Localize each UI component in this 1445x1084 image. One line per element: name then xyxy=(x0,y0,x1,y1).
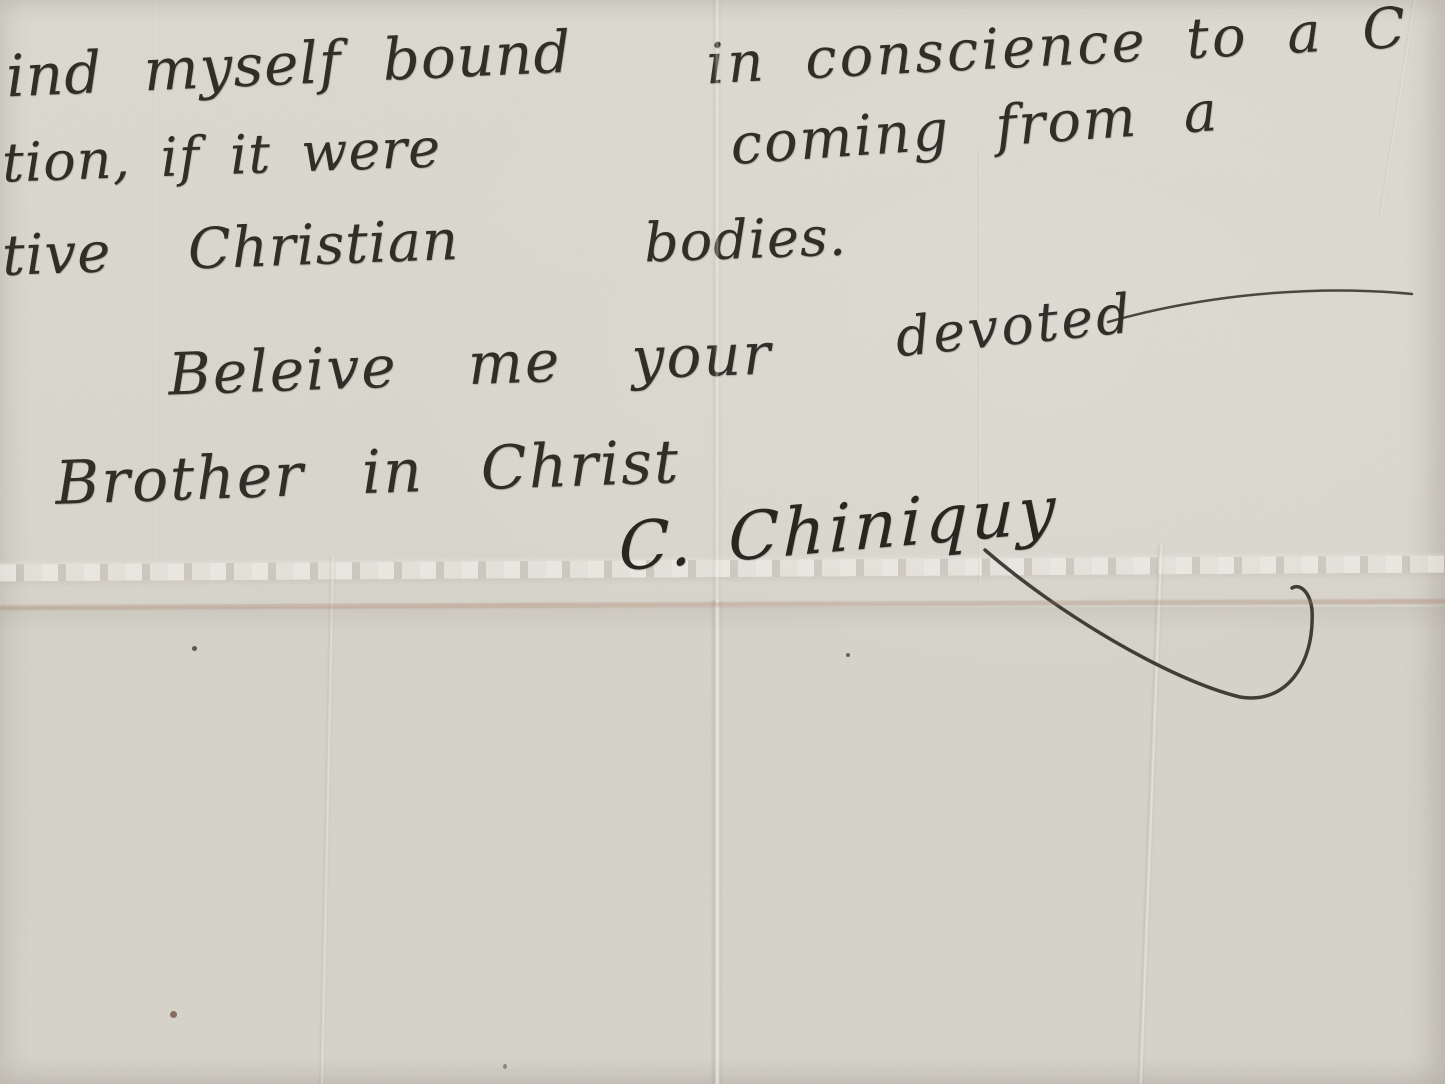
handwriting-line-5: Brother in Christ xyxy=(54,427,681,519)
paper-speck xyxy=(846,653,850,657)
devoted-flourish xyxy=(1108,290,1412,322)
signature-flourish xyxy=(985,550,1312,698)
handwriting-line-4-left: Beleive me your xyxy=(167,319,773,408)
handwriting-line-2-right: coming from a xyxy=(728,79,1221,178)
handwriting-line-1-left: ind myself bound xyxy=(5,18,573,111)
paper-speck xyxy=(170,1011,177,1018)
paper-speck xyxy=(503,1064,507,1069)
lower-right-vertical-crease xyxy=(1136,545,1166,1084)
handwriting-line-4-right: devoted xyxy=(892,282,1136,370)
handwriting-line-2-left: tion, if it were xyxy=(1,116,442,194)
horizontal-fold-line xyxy=(0,599,1445,610)
letter-photo: ind myself bound in conscience to a C ti… xyxy=(0,0,1445,1084)
horizontal-fold-shadow xyxy=(0,607,1445,633)
handwriting-line-3-left: tive Christian xyxy=(1,208,460,289)
paper-speck xyxy=(192,646,197,651)
handwriting-line-3-right: bodies. xyxy=(643,204,848,274)
lower-left-vertical-crease xyxy=(317,556,336,1084)
handwriting-line-1-right: in conscience to a C xyxy=(705,0,1410,97)
signature-text: C. Chiniquy xyxy=(618,471,1060,587)
center-vertical-fold-lower xyxy=(710,600,723,1084)
